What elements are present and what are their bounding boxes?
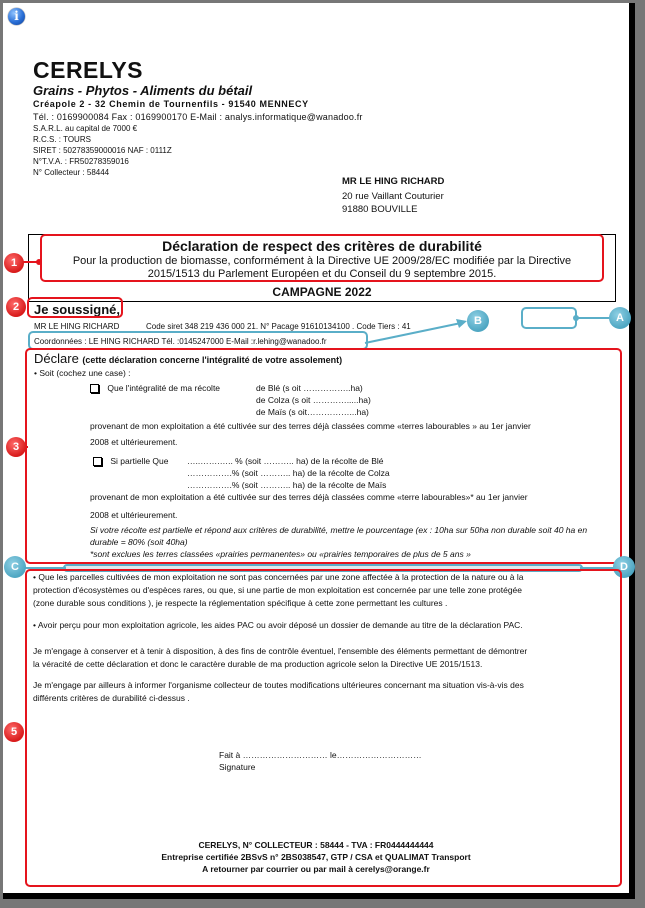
partial-row-mais: …………….% (soit ……….. ha) de la récolte de… <box>187 480 386 490</box>
partial-row-colza: …………….% (soit ……….. ha) de la récolte de… <box>187 468 390 478</box>
document-page: i CERELYS Grains - Phytos - Aliments du … <box>3 3 635 899</box>
company-logo: CERELYS <box>33 57 143 84</box>
footer-line-2: Entreprise certifiée 2BSvS n° 2BS038547,… <box>3 852 629 862</box>
annotation-badge-3: 3 <box>6 437 26 457</box>
company-siret: SIRET : 50278359000016 NAF : 0111Z <box>33 146 172 155</box>
option-partial-conclusion-2: 2008 et ultérieurement. <box>90 510 177 520</box>
footer-line-1: CERELYS, N° COLLECTEUR : 58444 - TVA : F… <box>3 840 629 850</box>
company-tva: N°T.V.A. : FR50278359016 <box>33 157 129 166</box>
declare-title: Déclare <box>34 351 79 366</box>
annotation-badge-5: 5 <box>4 722 24 742</box>
annotation-frame-2 <box>27 297 123 318</box>
soit-label: • Soit (cochez une case) : <box>34 368 131 378</box>
option-partial-conclusion-1: provenant de mon exploitation a été cult… <box>90 492 528 502</box>
engagement-zones-line-3: (zone durable sous conditions ), je resp… <box>33 597 605 610</box>
engagement-zones-line-2: protection d'écosystèmes ou d'espèces ra… <box>33 584 605 597</box>
company-tagline: Grains - Phytos - Aliments du bétail <box>33 83 252 98</box>
annotation-badge-b: B <box>467 310 489 332</box>
annotation-frame-a <box>521 307 577 329</box>
option-full-conclusion-1: provenant de mon exploitation a été cult… <box>90 421 531 431</box>
engagement-inform-line-2: différents critères de durabilité ci-des… <box>33 692 605 705</box>
crop-ble: de Blé (s oit ……………..ha) <box>256 383 363 393</box>
company-capital: S.A.R.L. au capital de 7000 € <box>33 124 137 133</box>
company-rcs: R.C.S. : TOURS <box>33 135 91 144</box>
recipient-name: MR LE HING RICHARD <box>342 176 444 187</box>
option-partial: Si partielle Que <box>93 456 169 466</box>
engagement-inform-line-1: Je m'engage par ailleurs à informer l'or… <box>33 679 605 692</box>
declarant-name: MR LE HING RICHARD <box>34 322 119 331</box>
engagement-zones: • Que les parcelles cultivées de mon exp… <box>33 571 605 610</box>
company-collecteur: N° Collecteur : 58444 <box>33 168 109 177</box>
exclusion-note: *sont exclues les terres classées «prair… <box>90 549 471 559</box>
annotation-badge-1: 1 <box>4 253 24 273</box>
crop-colza: de Colza (s oit ………….....ha) <box>256 395 371 405</box>
signature-label: Signature <box>219 762 255 772</box>
info-icon[interactable]: i <box>8 8 25 25</box>
engagement-conserve-line-2: la véracité de cette déclaration et donc… <box>33 658 605 671</box>
footer-line-3: A retourner par courrier ou par mail à c… <box>3 864 629 874</box>
engagement-zones-line-1: • Que les parcelles cultivées de mon exp… <box>33 571 605 584</box>
engagement-conserve: Je m'engage à conserver et à tenir à dis… <box>33 645 605 671</box>
option-partial-checkbox[interactable] <box>93 457 102 466</box>
annotation-frame-1 <box>40 234 604 282</box>
engagement-inform: Je m'engage par ailleurs à informer l'or… <box>33 679 605 705</box>
crop-mais: de Maïs (s oit……………...ha) <box>256 407 369 417</box>
partial-row-ble: …..…….….. % (soit ……….. ha) de la récolt… <box>187 456 384 466</box>
annotation-dot-1 <box>36 259 42 265</box>
annotation-connector-a <box>577 317 611 319</box>
option-full-label: Que l'intégralité de ma récolte <box>107 383 220 393</box>
annotation-badge-a: A <box>609 307 631 329</box>
signature-place-date[interactable]: Fait à ………………………… le………………………… <box>219 750 422 760</box>
company-address: Créapole 2 - 32 Chemin de Tournenfils - … <box>33 99 309 109</box>
engagement-pac: • Avoir perçu pour mon exploitation agri… <box>33 619 605 632</box>
partial-hint-1: Si votre récolte est partielle et répond… <box>90 525 587 535</box>
declare-heading: Déclare (cette déclaration concerne l'in… <box>34 351 342 366</box>
annotation-arrow-b <box>363 317 473 347</box>
option-full-conclusion-2: 2008 et ultérieurement. <box>90 437 177 447</box>
annotation-badge-c: C <box>4 556 26 578</box>
option-full: Que l'intégralité de ma récolte <box>90 383 220 393</box>
partial-hint-2: durable = 80% (soit 40ha) <box>90 537 188 547</box>
annotation-badge-2: 2 <box>6 297 26 317</box>
recipient-street: 20 rue Vaillant Couturier <box>342 191 444 202</box>
declare-note: (cette déclaration concerne l'intégralit… <box>82 355 342 365</box>
company-contact: Tél. : 0169900084 Fax : 0169900170 E-Mai… <box>33 112 363 122</box>
engagement-conserve-line-1: Je m'engage à conserver et à tenir à dis… <box>33 645 605 658</box>
recipient-city: 91880 BOUVILLE <box>342 204 418 215</box>
option-partial-label: Si partielle Que <box>110 456 168 466</box>
option-full-checkbox[interactable] <box>90 384 99 393</box>
